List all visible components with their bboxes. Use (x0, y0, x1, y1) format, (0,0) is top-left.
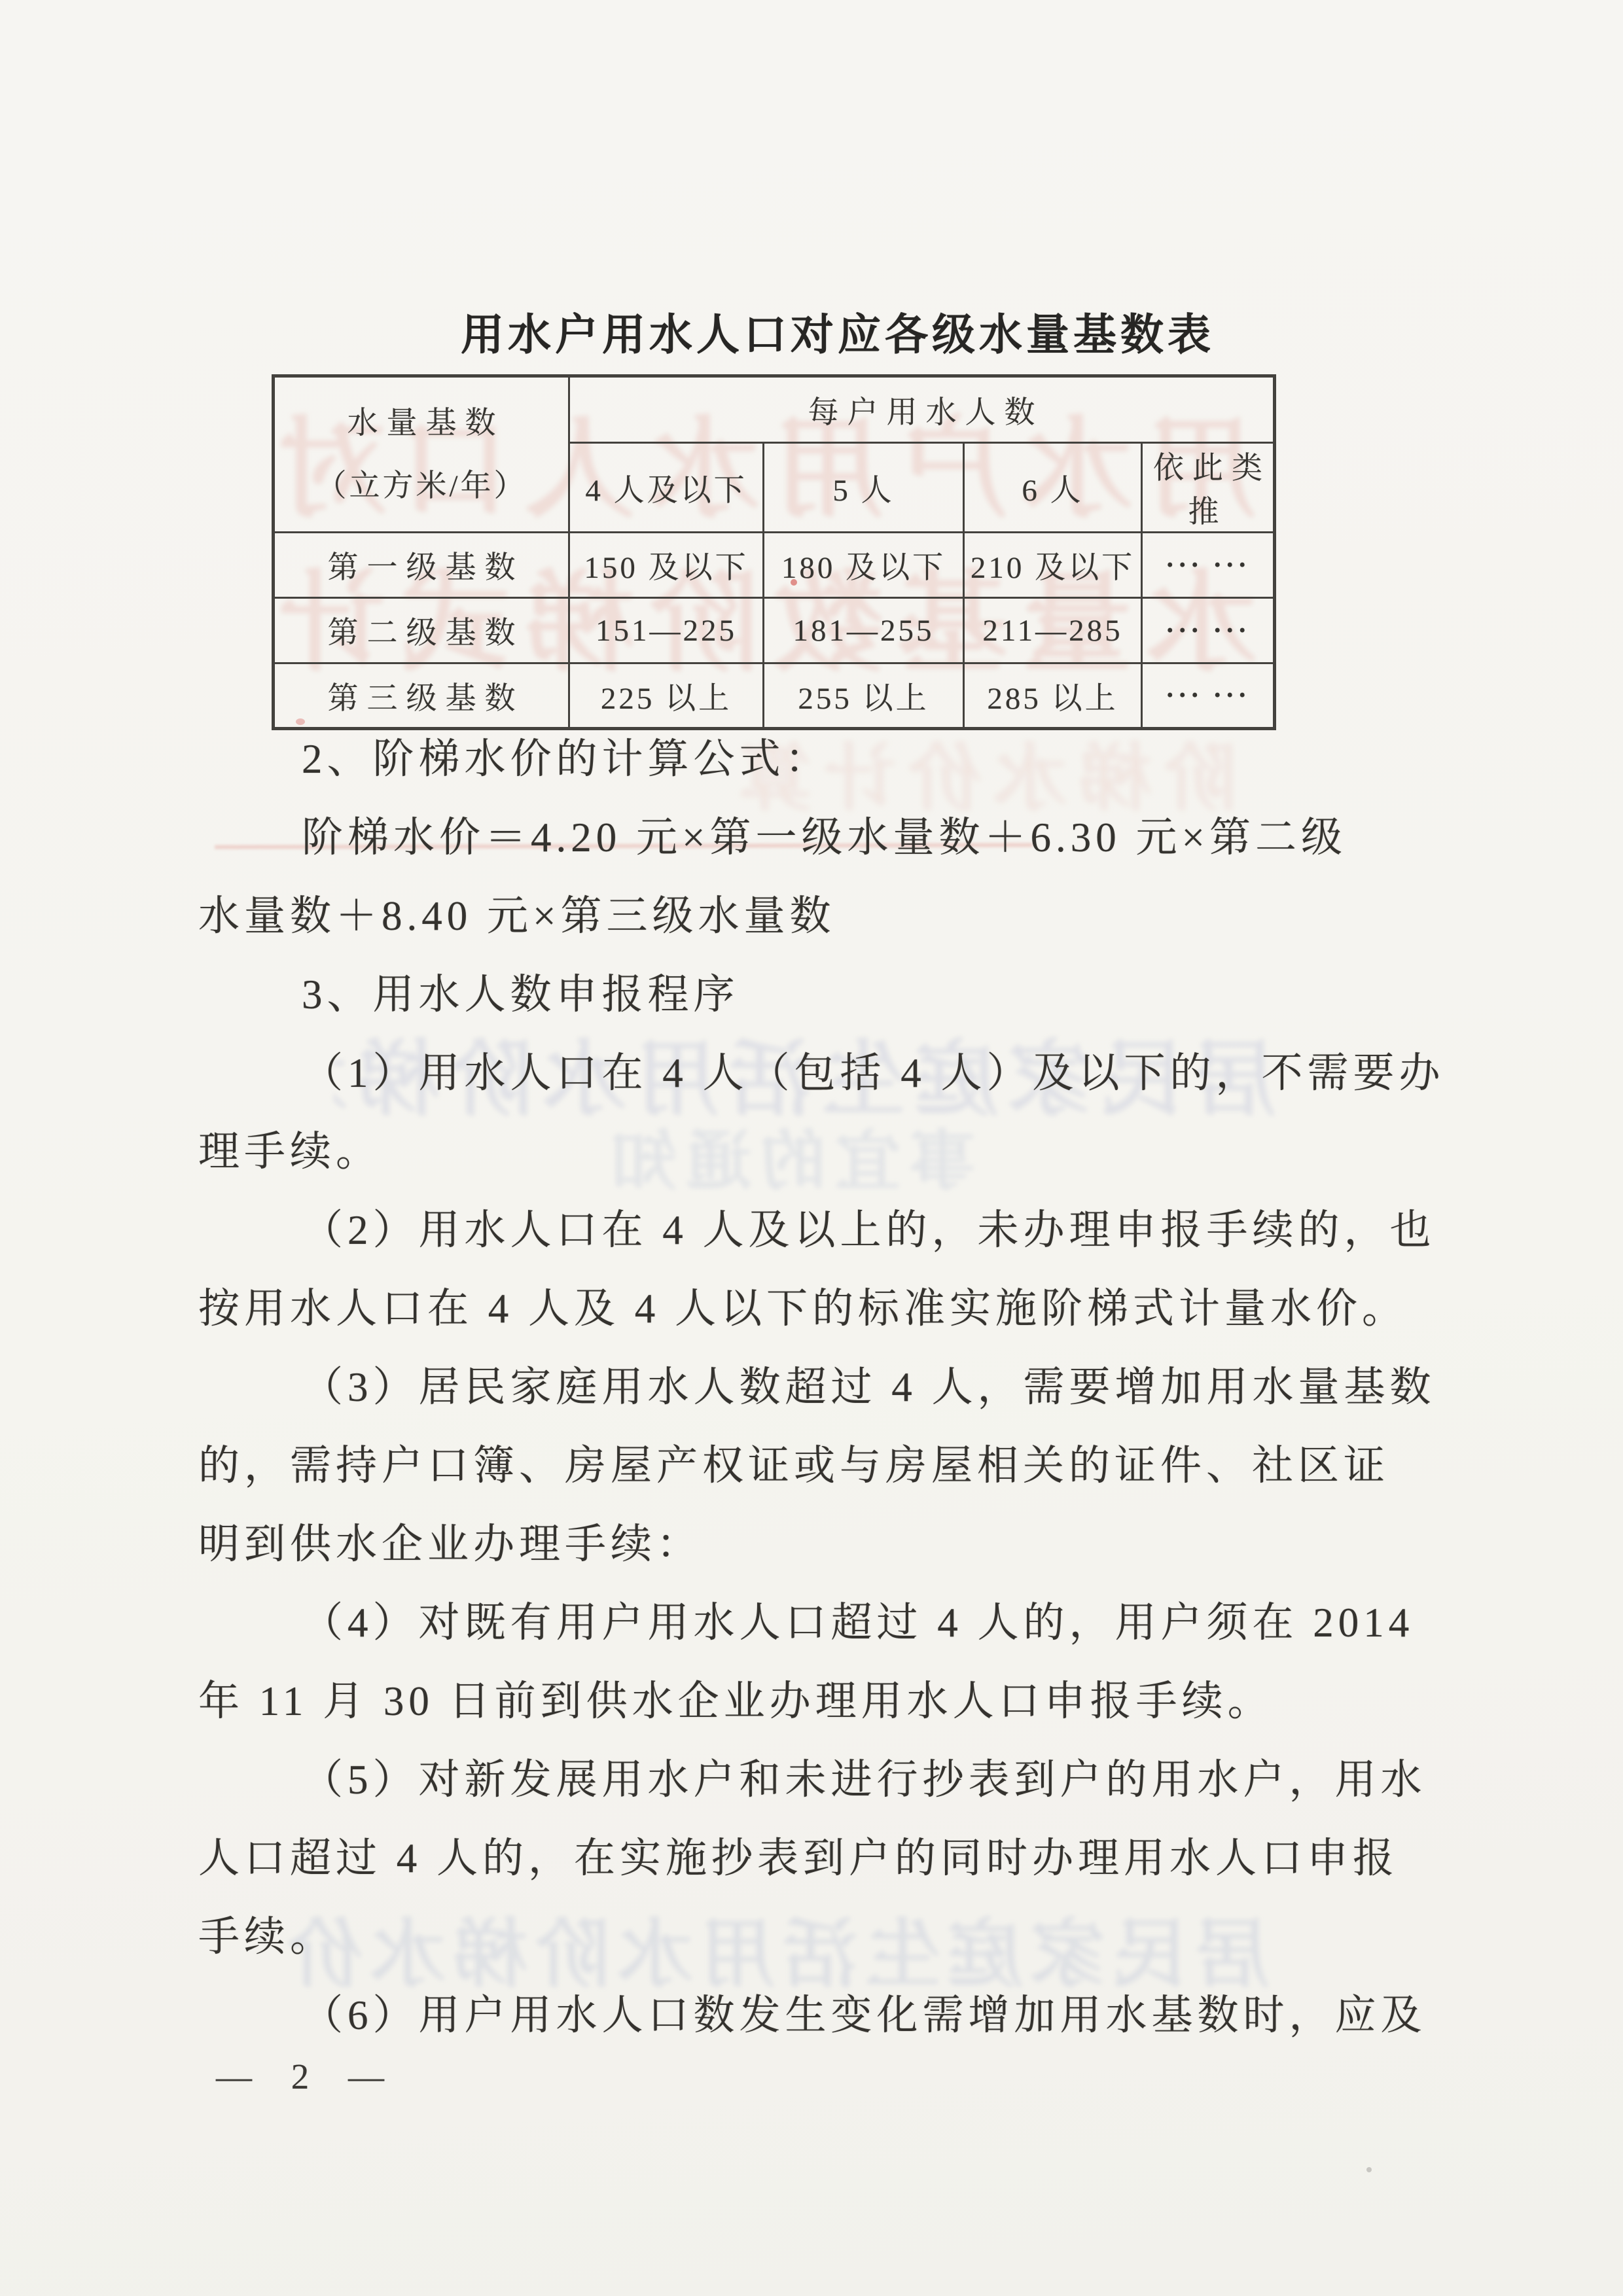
table-row-tier2: 第二级基数 151—225 181—255 211—285 ··· ··· (274, 598, 1275, 663)
row-label: 第三级基数 (274, 663, 569, 729)
row-value: 180 及以下 (764, 533, 964, 598)
header-cell-etc: 依此类推 (1142, 443, 1275, 533)
body-line: 理手续。 (198, 1112, 1438, 1191)
row-value: 225 以上 (569, 663, 764, 729)
body-line: 的，需持户口簿、房屋产权证或与房屋相关的证件、社区证 (198, 1426, 1438, 1505)
body-line: （2）用水人口在 4 人及以上的，未办理申报手续的，也 (198, 1191, 1438, 1269)
body-line: 阶梯水价＝4.20 元×第一级水量数＋6.30 元×第二级 (198, 798, 1438, 877)
gray-speck (1366, 2167, 1372, 2172)
table-header-row-group: 水量基数 （立方米/年） 每户用水人数 (274, 376, 1275, 443)
body-line: 明到供水企业办理手续： (198, 1505, 1438, 1583)
row-value-ellipsis: ··· ··· (1142, 663, 1275, 729)
table-row-tier1: 第一级基数 150 及以下 180 及以下 210 及以下 ··· ··· (274, 533, 1275, 598)
page-title: 用水户用水人口对应各级水量基数表 (0, 300, 1623, 362)
body-line: （4）对既有用户用水人口超过 4 人的，用户须在 2014 (198, 1583, 1438, 1662)
row-label: 第一级基数 (274, 533, 569, 598)
document-body: 2、阶梯水价的计算公式： 阶梯水价＝4.20 元×第一级水量数＋6.30 元×第… (198, 720, 1438, 2055)
body-line: （1）用水人口在 4 人（包括 4 人）及以下的，不需要办 (198, 1034, 1438, 1112)
header-cell-5persons: 5 人 (764, 443, 964, 533)
header-basis-line1: 水量基数 (275, 392, 568, 455)
table-row-tier3: 第三级基数 225 以上 255 以上 285 以上 ··· ··· (274, 663, 1275, 729)
body-line: 手续。 (198, 1898, 1438, 1976)
body-line: 2、阶梯水价的计算公式： (198, 720, 1438, 798)
row-label: 第二级基数 (274, 598, 569, 663)
row-value-ellipsis: ··· ··· (1142, 598, 1275, 663)
body-line: （5）对新发展用水户和未进行抄表到户的用水户，用水 (198, 1740, 1438, 1819)
body-line: （6）用户用水人口数发生变化需增加用水基数时，应及 (198, 1976, 1438, 2055)
body-line: 年 11 月 30 日前到供水企业办理用水人口申报手续。 (198, 1662, 1438, 1740)
header-cell-persons-group: 每户用水人数 (569, 376, 1275, 443)
body-line: 人口超过 4 人的，在实施抄表到户的同时办理用水人口申报 (198, 1819, 1438, 1898)
header-cell-6persons: 6 人 (964, 443, 1142, 533)
body-line: 按用水人口在 4 人及 4 人以下的标准实施阶梯式计量水价。 (198, 1269, 1438, 1348)
row-value: 151—225 (569, 598, 764, 663)
row-value: 255 以上 (764, 663, 964, 729)
water-basis-table: 水量基数 （立方米/年） 每户用水人数 4 人及以下 5 人 6 人 依此类推 … (272, 374, 1276, 730)
header-cell-basis: 水量基数 （立方米/年） (274, 376, 569, 533)
row-value: 285 以上 (964, 663, 1142, 729)
row-value: 211—285 (964, 598, 1142, 663)
row-value: 150 及以下 (569, 533, 764, 598)
page-number: — 2 — (216, 2056, 388, 2097)
body-line: 水量数＋8.40 元×第三级水量数 (198, 877, 1438, 955)
body-line: 3、用水人数申报程序 (198, 955, 1438, 1034)
header-basis-line2: （立方米/年） (275, 455, 568, 518)
body-line: （3）居民家庭用水人数超过 4 人，需要增加用水量基数 (198, 1348, 1438, 1426)
scanned-document-page: 用水户用水人口对应各级 水量基数阶梯式计量水价 阶梯水价计算 居民家庭生活用水阶… (0, 0, 1623, 2296)
row-value: 181—255 (764, 598, 964, 663)
header-cell-4persons: 4 人及以下 (569, 443, 764, 533)
row-value: 210 及以下 (964, 533, 1142, 598)
row-value-ellipsis: ··· ··· (1142, 533, 1275, 598)
